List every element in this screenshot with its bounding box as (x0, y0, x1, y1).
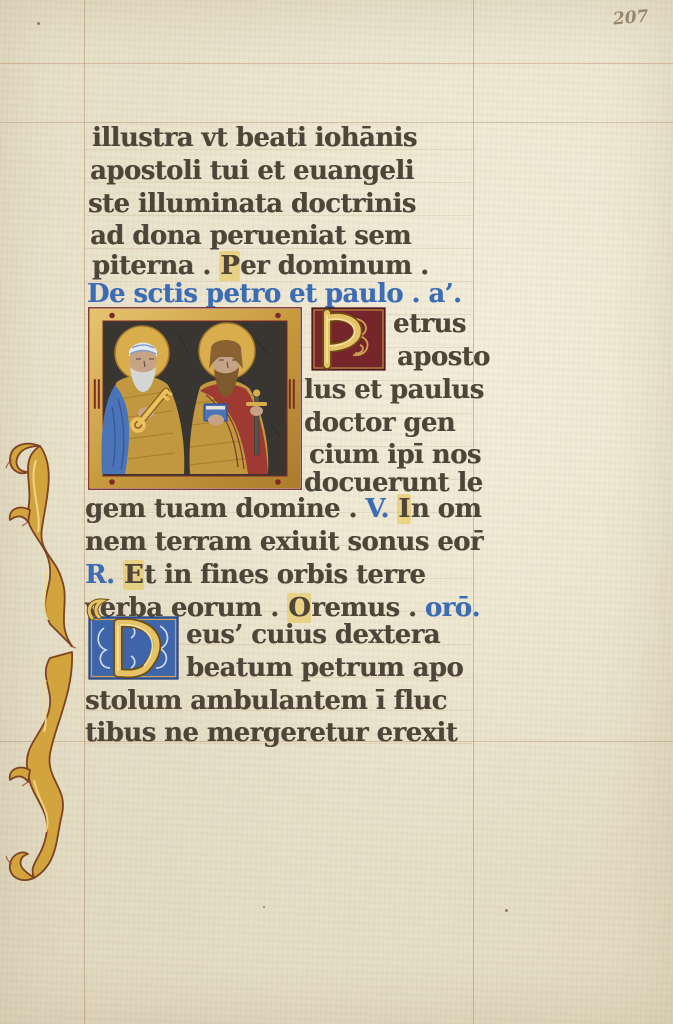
text-line: eus’ cuius dextera (186, 620, 440, 650)
text-segment: er dominum . (240, 251, 428, 281)
acanthus-border (0, 440, 80, 888)
gold-flourish (89, 601, 102, 618)
text-segment: t in fines orbis terre (144, 560, 425, 590)
washed-capital: O (287, 593, 311, 623)
washed-capital: E (123, 560, 144, 590)
text-line: etrus (393, 309, 466, 339)
parchment-speck (263, 906, 265, 908)
versicle-mark: V. (365, 494, 388, 524)
text-segment: remus . (311, 593, 425, 623)
text-line: piterna . Per dominum . (92, 251, 429, 281)
hand (208, 415, 224, 426)
acanthus-side-leaflet (10, 768, 30, 782)
parchment-speck (505, 909, 508, 912)
text-line: apostoli tui et euangeli (90, 156, 414, 186)
text-line: ad dona perueniat sem (90, 221, 411, 251)
top-ruling (0, 63, 673, 64)
text-line: tibus ne mergeretur erexit (85, 718, 457, 748)
text-line: gem tuam domine . V. In om (85, 494, 481, 524)
acanthus-side-leaflet (10, 508, 30, 522)
parchment-speck (37, 22, 40, 25)
manuscript-page: 207 illustra vt beati iohānis apostoli t… (0, 0, 673, 1024)
text-line: illustra vt beati iohānis (92, 123, 417, 153)
text-line: aposto (397, 342, 490, 372)
text-line: beatum petrum apo (186, 653, 463, 683)
respond-mark: R. (85, 560, 114, 590)
folio-number: 207 (612, 6, 649, 29)
text-segment: n om (411, 494, 481, 524)
illuminated-initial-d (84, 596, 180, 684)
text-line: ste illuminata doctrinis (88, 189, 416, 219)
text-line: doctor gen (304, 408, 455, 438)
text-line: lus et paulus (304, 375, 484, 405)
text-line: stolum ambulantem ī fluc (85, 686, 447, 716)
text-line: nem terram exiuit sonus eor̄ (85, 527, 483, 557)
acanthus-bottom-curl (10, 852, 34, 880)
text-line: cium ipī nos (309, 440, 481, 470)
oratio-mark: orō. (425, 593, 480, 623)
text-line: R. Et in fines orbis terre (85, 560, 425, 590)
text-segment: gem tuam domine . (85, 494, 365, 524)
washed-capital: P (219, 251, 240, 281)
rubric-line: De sctis petro et paulo . a’. (87, 279, 461, 309)
text-segment: piterna . (92, 251, 219, 281)
acanthus-lower-leaf (27, 652, 72, 878)
illuminated-initial-p (311, 307, 386, 371)
miniature-saints-peter-and-paul (88, 307, 302, 490)
washed-capital: I (397, 494, 411, 524)
